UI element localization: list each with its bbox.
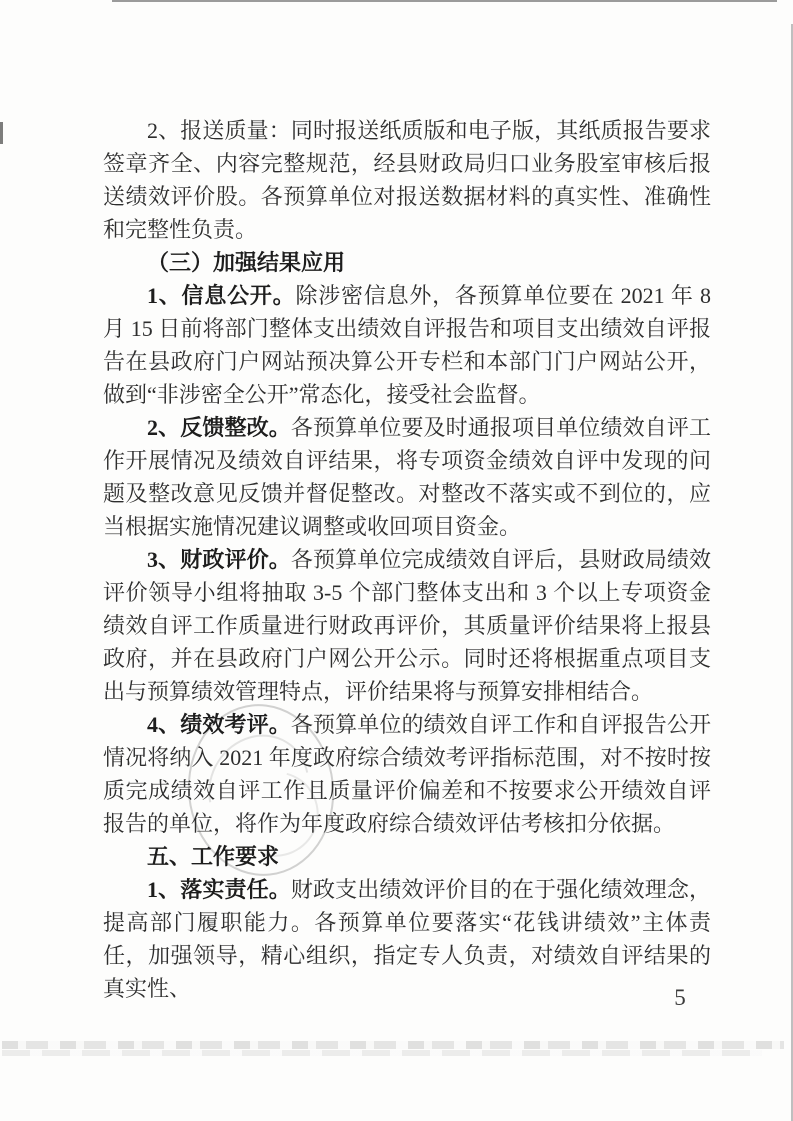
scan-edge-left-mark bbox=[0, 122, 3, 144]
paragraph-implement-responsibility: 1、落实责任。财政支出绩效评价目的在于强化绩效理念，提高部门履职能力。各预算单位… bbox=[103, 873, 711, 1005]
document-body: 2、报送质量：同时报送纸质版和电子版，其纸质报告要求签章齐全、内容完整规范，经县… bbox=[103, 114, 711, 1005]
document-page: 2、报送质量：同时报送纸质版和电子版，其纸质报告要求签章齐全、内容完整规范，经县… bbox=[0, 0, 793, 1121]
heading-text: 五、工作要求 bbox=[147, 844, 279, 869]
section-heading-result-application: （三）加强结果应用 bbox=[103, 246, 711, 279]
paragraph-lead: 3、财政评价。 bbox=[147, 547, 291, 572]
scan-smudge-band-secondary bbox=[2, 1050, 762, 1056]
paragraph-report-quality: 2、报送质量：同时报送纸质版和电子版，其纸质报告要求签章齐全、内容完整规范，经县… bbox=[103, 114, 711, 246]
paragraph-fiscal-evaluation: 3、财政评价。各预算单位完成绩效自评后，县财政局绩效评价领导小组将抽取 3-5 … bbox=[103, 543, 711, 708]
paragraph-feedback-rectification: 2、反馈整改。各预算单位要及时通报项目单位绩效自评工作开展情况及绩效自评结果，将… bbox=[103, 411, 711, 543]
page-number: 5 bbox=[668, 985, 692, 1011]
scan-edge-top-line bbox=[112, 0, 777, 2]
paragraph-text: 2、报送质量：同时报送纸质版和电子版，其纸质报告要求签章齐全、内容完整规范，经县… bbox=[103, 118, 711, 242]
heading-text: （三）加强结果应用 bbox=[147, 250, 345, 275]
paragraph-lead: 1、落实责任。 bbox=[147, 877, 291, 902]
section-heading-work-requirements: 五、工作要求 bbox=[103, 840, 711, 873]
paragraph-lead: 1、信息公开。 bbox=[147, 283, 295, 308]
paragraph-information-disclosure: 1、信息公开。除涉密信息外，各预算单位要在 2021 年 8 月 15 日前将部… bbox=[103, 279, 711, 411]
paragraph-lead: 2、反馈整改。 bbox=[147, 415, 291, 440]
scan-smudge-band bbox=[2, 1041, 784, 1049]
paragraph-lead: 4、绩效考评。 bbox=[147, 712, 291, 737]
paragraph-performance-assessment: 4、绩效考评。各预算单位的绩效自评工作和自评报告公开情况将纳入 2021 年度政… bbox=[103, 708, 711, 840]
